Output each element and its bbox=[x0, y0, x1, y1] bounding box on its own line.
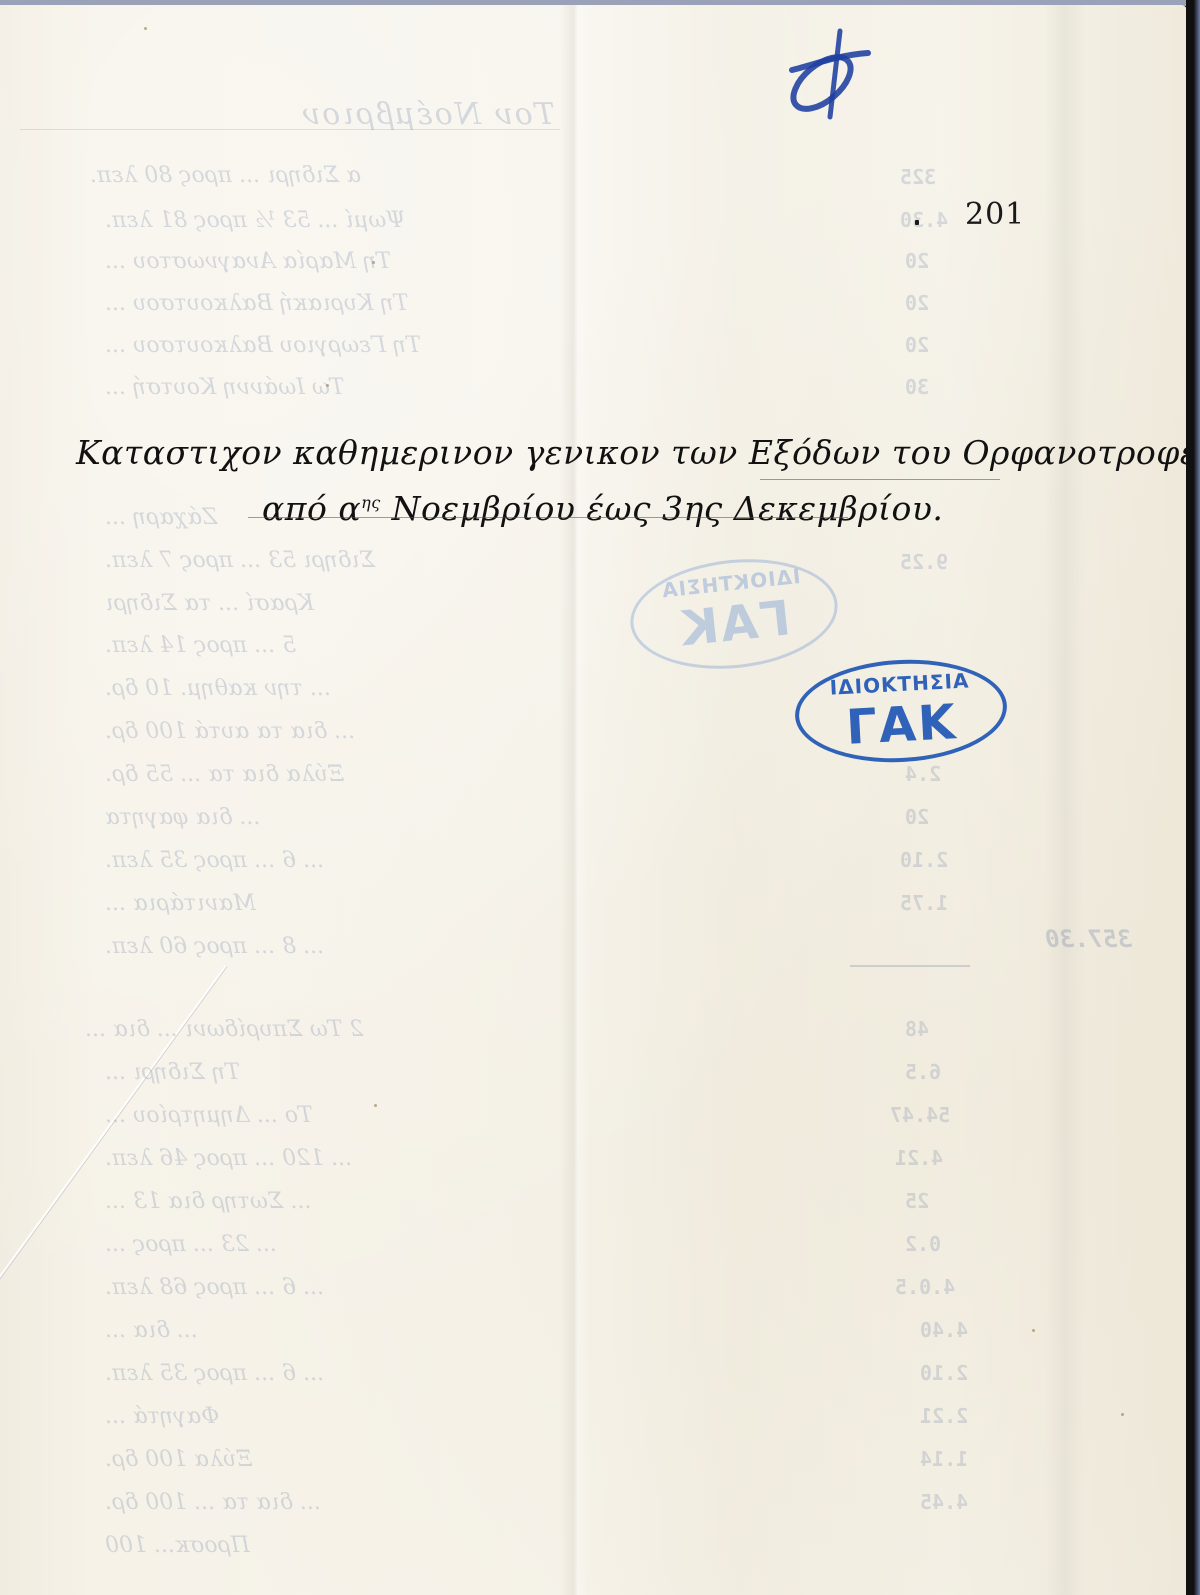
bleed-amount: 20 bbox=[905, 805, 929, 829]
title-date-prefix: από α bbox=[262, 489, 361, 528]
bleed-heading: Τον Νοέμβριον bbox=[300, 97, 555, 132]
document-scan: Τον Νοέμβριον α Σιδηρι ... προς 80 λεπ. … bbox=[0, 0, 1200, 1595]
paper-speck bbox=[372, 261, 375, 264]
bleed-row: Τη Σιδηρι ... bbox=[105, 1060, 240, 1092]
paper-speck bbox=[144, 27, 147, 30]
bleed-row: Μανιτάρια ... bbox=[105, 891, 256, 923]
folio-dot bbox=[915, 220, 919, 225]
bleed-amount: 4.30 bbox=[900, 208, 948, 232]
bleed-row: 2 Τω Σπυρίδωνι ... δια ... bbox=[85, 1017, 363, 1049]
stamp-main-text: ΓΑΚ bbox=[798, 693, 1005, 758]
bleed-row: ... 120 ... προς 46 λεπ. bbox=[105, 1146, 352, 1178]
bleed-heading-rule bbox=[20, 129, 560, 130]
bleed-total-rule bbox=[850, 965, 970, 967]
bleed-amount: 4.45 bbox=[920, 1490, 968, 1514]
paper-speck bbox=[1121, 1413, 1124, 1416]
bleed-row: Ζάχαρη ... bbox=[105, 505, 217, 537]
bleed-amount: 6.5 bbox=[905, 1060, 941, 1084]
bleed-amount: 2.10 bbox=[920, 1361, 968, 1385]
bleed-amount: 9.25 bbox=[900, 550, 948, 574]
bleed-amount: 1.14 bbox=[920, 1447, 968, 1471]
bleed-row: Σιδηρι 53 ... προς 7 λεπ. bbox=[105, 548, 375, 580]
ownership-stamp-bleed: ΙΔΙΟΚΤΗΣΙΑ ΓΑΚ bbox=[625, 549, 843, 678]
bleed-row: Τη Γεωργιου Βαλκουτσου ... bbox=[105, 333, 421, 365]
blue-crayon-mark-icon bbox=[778, 25, 878, 125]
bleed-amount: 325 bbox=[900, 165, 936, 189]
bleed-row: ... δια τα αυτά 100 δρ. bbox=[105, 719, 355, 751]
bleed-amount: 0.2 bbox=[905, 1232, 941, 1256]
bleed-row: Κρασί ... τα Σιδηρι bbox=[105, 591, 314, 623]
scanner-edge-right bbox=[1186, 0, 1200, 1595]
bleed-row: Πρoσκ... 100 bbox=[105, 1533, 250, 1565]
title-underline bbox=[760, 479, 1000, 480]
bleed-row: ... δια τα ... 100 δρ. bbox=[105, 1490, 321, 1522]
bleed-row: ... 6 ... προς 68 λεπ. bbox=[105, 1275, 324, 1307]
bleed-row: ... 6 ... προς 35 λεπ. bbox=[105, 848, 324, 880]
bleed-row: ... 23 ... προς ... bbox=[105, 1232, 277, 1264]
bleed-row: Το ... Δημητρίου ... bbox=[105, 1103, 313, 1135]
bleed-row: ... 8 ... προς 60 λεπ. bbox=[105, 934, 324, 966]
bleed-row: Ξύλα δια τα ... 55 δρ. bbox=[105, 762, 344, 794]
bleed-amount: 20 bbox=[905, 291, 929, 315]
bleed-amount: 30 bbox=[905, 375, 929, 399]
bleed-row: Τη Κυριακή Βαλκουτσου ... bbox=[105, 291, 408, 323]
title-underline bbox=[248, 517, 848, 518]
paper-speck bbox=[374, 1104, 377, 1107]
bleed-row: Ξύλα 100 δρ. bbox=[105, 1447, 252, 1479]
ownership-stamp: ΙΔΙΟΚΤΗΣΙΑ ΓΑΚ bbox=[792, 655, 1009, 768]
folio-number: 201 bbox=[965, 197, 1025, 232]
bleed-amount: 4.21 bbox=[895, 1146, 943, 1170]
bleed-row: ... Σωτηρ δια 13 ... bbox=[105, 1189, 311, 1221]
bleed-amount: 4.0.5 bbox=[895, 1275, 955, 1299]
paper-speck bbox=[326, 384, 329, 387]
paper-crease bbox=[0, 965, 227, 1346]
paper-speck bbox=[1032, 1329, 1035, 1332]
bleed-amount: 54.47 bbox=[890, 1103, 950, 1127]
paper-fold-right bbox=[1045, 5, 1085, 1595]
bleed-amount: 4.40 bbox=[920, 1318, 968, 1342]
document-title-line-2: από αης Νοεμβρίου έως 3ης Δεκεμβρίου. bbox=[262, 489, 943, 528]
document-title-line-1: Καταστιχον καθημερινον γενικον των Εξόδω… bbox=[76, 433, 1200, 472]
bleed-amount: 2.21 bbox=[920, 1404, 968, 1428]
bleed-through-ledger: Τον Νοέμβριον α Σιδηρι ... προς 80 λεπ. … bbox=[0, 5, 1187, 1595]
bleed-amount: 2.10 bbox=[900, 848, 948, 872]
title-date-superscript: ης bbox=[361, 493, 381, 512]
bleed-row: Φαγητά ... bbox=[105, 1404, 219, 1436]
bleed-amount: 25 bbox=[905, 1189, 929, 1213]
bleed-row: Τη Μαρία Αναγνωστου ... bbox=[105, 249, 391, 281]
bleed-amount: 2.4 bbox=[905, 762, 941, 786]
bleed-row: ... 6 ... προς 35 λεπ. bbox=[105, 1361, 324, 1393]
bleed-row: Τω Ιωάννη Κουτσή ... bbox=[105, 375, 344, 407]
bleed-row: Ψωμί ... 53 ½ προς 81 λεπ. bbox=[105, 208, 406, 240]
bleed-amount: 1.75 bbox=[900, 891, 948, 915]
bleed-amount: 48 bbox=[905, 1017, 929, 1041]
paper-fold bbox=[560, 5, 590, 1595]
bleed-row: 5 ... προς 14 λεπ. bbox=[105, 633, 296, 665]
title-date-rest: Νοεμβρίου έως 3ης Δεκεμβρίου. bbox=[392, 489, 944, 528]
bleed-row: ... δια φαγητα bbox=[105, 805, 260, 837]
bleed-row: α Σιδηρι ... προς 80 λεπ. bbox=[90, 163, 361, 195]
bleed-amount: 20 bbox=[905, 333, 929, 357]
bleed-amount: 20 bbox=[905, 249, 929, 273]
bleed-row: ... δια ... bbox=[105, 1318, 198, 1350]
bleed-row: ... την καθημ. 10 δρ. bbox=[105, 676, 331, 708]
paper-page: Τον Νοέμβριον α Σιδηρι ... προς 80 λεπ. … bbox=[0, 5, 1187, 1595]
